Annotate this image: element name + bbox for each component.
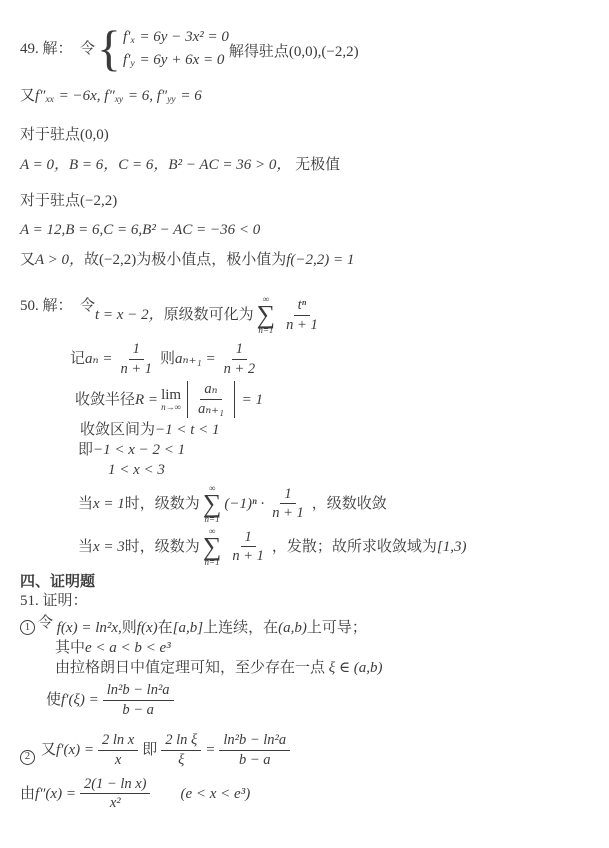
fraction: 2 ln ξξ [161,732,201,768]
math-run: e < a < b < e³ [85,639,171,657]
text-run: 使 [46,691,61,709]
subscript: yy [167,91,175,109]
text-run: ，级数收敛 [312,495,387,513]
summation: ∞∑n=1 [203,527,222,567]
text-run: 又 [41,741,56,759]
fraction: 1n + 2 [220,341,260,377]
math-run: aₙ = [85,350,112,368]
math-run: x = 1 [93,495,125,513]
line-p50-radius: 收敛半径R = limn→∞ aₙaₙ₊₁ = 1 [75,381,599,417]
math-run: f″ [104,87,114,105]
text-run: 记 [70,350,85,368]
text-run: 即 [78,441,93,459]
denominator: n + 1 [116,360,156,378]
denominator: n + 1 [268,504,308,522]
line-p51-mvt-result: 使f′(ξ) = ln²b − ln²ab − a [46,682,599,718]
sigma-icon: ∑ [257,304,276,326]
circled-2-marker: 2 [20,750,35,765]
text-run: 故(−2,2)为极小值点，极小值为 [84,251,286,269]
math-run: A = 12,B = 6,C = 6,B² − AC = −36 < 0 [20,221,260,239]
equation-system: f′x = 6y − 3x² = 0 f′y = 6y + 6x = 0 [123,28,229,69]
line-p51-step1: 1令 f(x) = ln²x,则f(x)在[a,b]上连续，在(a,b)上可导； [20,619,599,637]
math-run: = 6, [124,87,157,105]
limit-operator: limn→∞ [161,388,181,412]
fraction: aₙaₙ₊₁ [194,381,228,417]
denominator: n + 1 [282,316,322,334]
math-run: −1 < x − 2 < 1 [93,441,185,459]
section-4-heading: 四、证明题 [20,573,599,591]
math-run: −1 < t < 1 [155,421,220,439]
math-run: = −6x, [55,87,104,105]
numerator: 1 [280,486,295,505]
math-run: f″(x) = [35,785,76,803]
text-run: 由拉格朗日中值定理可知，至少存在一点 [55,659,329,677]
math-run: f(x) [137,619,158,637]
subscript: x [130,32,134,50]
math-run: = 6 [177,87,202,105]
math-run: aₙ₊₁ = [175,350,216,368]
text-run: 原级数可化为 [164,306,254,324]
sum-lower-limit: n=1 [205,515,220,524]
text-run: 上连续，在 [203,619,278,637]
absolute-value: aₙaₙ₊₁ [187,381,235,417]
math-run: [1,3) [437,538,467,556]
line-p49-case1: A = 0，B = 6，C = 6，B² − AC = 36 > 0， 无极值 [20,156,599,174]
text-run: 时，级数为 [125,495,200,513]
text-run: 又 [20,87,35,105]
numerator: 1 [232,341,247,360]
line-p49-header: 49. 解： 令 { f′x = 6y − 3x² = 0 f′y = 6y +… [20,26,599,71]
math-run: f(−2,2) = 1 [286,251,354,269]
math-run: (e < x < e³) [180,785,250,803]
math-run: [a,b] [173,619,203,637]
numerator: ln²b − ln²a [219,732,290,751]
line-p51-step2: 2 又f′(x) = 2 ln xx 即 2 ln ξξ = ln²b − ln… [20,732,599,768]
line-p49-derivatives: 又f″xx = −6x, f″xy = 6, f″yy = 6 [20,87,599,105]
line-p50-x-range: 1 < x < 3 [108,461,599,479]
lim-word: lim [161,388,181,403]
numerator: aₙ [200,381,221,400]
numerator: ln²b − ln²a [103,682,174,701]
text-run: 又 [20,251,35,269]
line-p49-case2: A = 12,B = 6,C = 6,B² − AC = −36 < 0 [20,221,599,239]
system-left-brace: { [97,26,121,71]
math-run: t = x − 2， [95,306,164,324]
numerator: tⁿ [294,297,311,316]
line-p51-condition: 其中e < a < b < e³ [55,639,599,657]
stationary-points-text: 解得驻点(0,0),(−2,2) [229,43,359,61]
math-run: A > 0， [35,251,84,269]
fraction: 2(1 − ln x)x² [80,776,151,812]
denominator: x² [106,794,125,812]
fraction: 1n + 1 [268,486,308,522]
text-run: 收敛半径 [75,391,135,409]
subscript: xx [45,91,53,109]
numerator: 1 [241,529,256,548]
math-run: R = [135,391,158,409]
math-run: f″ [157,87,167,105]
subscript: y [130,55,134,73]
sum-lower-limit: n=1 [205,558,220,567]
denominator: n + 1 [228,547,268,565]
text-run: 当 [78,538,93,556]
text-run: ，发散；故所求收敛域为 [272,538,437,556]
math-run: f′(ξ) = [61,691,99,709]
text-run: 则 [122,619,137,637]
line-p49-point1: 对于驻点(0,0) [20,126,599,144]
fraction: 1n + 1 [116,341,156,377]
math-run: f″ [35,87,45,105]
text-run: 无极值 [291,156,340,174]
text-run: 当 [78,495,93,513]
summation: ∞∑n=1 [257,295,276,335]
math-run: A = 0，B = 6，C = 6，B² − AC = 36 > 0， [20,156,291,174]
math-run: ξ ∈ (a,b) [329,659,383,677]
problem-49-label: 49. 解： 令 [20,40,95,58]
fraction: 1n + 1 [228,529,268,565]
line-p50-endpoint2: 当x = 3时，级数为 ∞∑n=1 1n + 1 ，发散；故所求收敛域为[1,3… [78,527,599,567]
math-run: (−1)ⁿ · [224,495,264,513]
sum-lower-limit: n=1 [258,326,273,335]
math-run: = 6y + 6x = 0 [136,51,225,69]
math-run: f′(x) = [56,741,94,759]
fraction: 2 ln xx [98,732,138,768]
sigma-icon: ∑ [203,536,222,558]
line-p51-lagrange: 由拉格朗日中值定理可知，至少存在一点 ξ ∈ (a,b) [55,659,599,677]
text-run: 其中 [55,639,85,657]
math-run: x = 3 [93,538,125,556]
numerator: 2 ln x [98,732,138,751]
line-p50-endpoint1: 当x = 1时，级数为 ∞∑n=1 (−1)ⁿ · 1n + 1 ，级数收敛 [78,484,599,524]
line-p50-define-an: 记aₙ = 1n + 1 则aₙ₊₁ = 1n + 2 [70,341,599,377]
numerator: 1 [129,341,144,360]
text-run: 收敛区间为 [80,421,155,439]
text-run: 即 [142,741,157,759]
text-run: 对于驻点(−2,2) [20,192,117,210]
denominator: b − a [118,701,158,719]
solution-document-page: 49. 解： 令 { f′x = 6y − 3x² = 0 f′y = 6y +… [0,0,609,848]
text-run: 令 [38,614,57,632]
text-run: 在 [158,619,173,637]
line-p49-conclusion: 又A > 0，故(−2,2)为极小值点，极小值为f(−2,2) = 1 [20,251,599,269]
sigma-icon: ∑ [203,493,222,515]
problem-51-label: 51. 证明： [20,592,88,610]
fraction: tⁿn + 1 [282,297,322,333]
denominator: aₙ₊₁ [194,400,228,418]
line-p50-interval-x: 即−1 < x − 2 < 1 [78,441,599,459]
section-title: 四、证明题 [20,573,95,591]
summation: ∞∑n=1 [203,484,222,524]
system-equation-2: f′y = 6y + 6x = 0 [123,51,229,69]
math-run: f(x) = ln²x, [57,619,122,637]
text-run: 时，级数为 [125,538,200,556]
problem-50-label: 50. 解： 令 [20,297,95,315]
line-p49-point2: 对于驻点(−2,2) [20,192,599,210]
math-run: (a,b) [278,619,307,637]
text-run: 上可导； [307,619,367,637]
system-equation-1: f′x = 6y − 3x² = 0 [123,28,229,46]
math-run: = 6y − 3x² = 0 [136,28,229,46]
denominator: x [111,751,125,769]
text-run: 对于驻点(0,0) [20,126,109,144]
math-run: = 1 [238,391,263,409]
subscript: xy [115,91,123,109]
math-run: 1 < x < 3 [108,461,165,479]
line-p50-interval-t: 收敛区间为−1 < t < 1 [80,421,599,439]
numerator: 2(1 − ln x) [80,776,151,795]
lim-subscript: n→∞ [161,403,181,412]
line-p51-header: 51. 证明： [20,592,599,610]
line-p50-header: 50. 解： 令 t = x − 2， 原级数可化为 ∞∑n=1 tⁿn + 1 [20,295,599,335]
denominator: n + 2 [220,360,260,378]
denominator: b − a [235,751,275,769]
denominator: ξ [174,751,188,769]
text-run: 由 [20,785,35,803]
fraction: ln²b − ln²ab − a [103,682,174,718]
circled-1-marker: 1 [20,620,35,635]
numerator: 2 ln ξ [161,732,201,751]
line-p51-second-derivative: 由f″(x) = 2(1 − ln x)x² (e < x < e³) [20,776,599,812]
fraction: ln²b − ln²ab − a [219,732,290,768]
text-run: 则 [160,350,175,368]
math-run: = [205,741,215,759]
